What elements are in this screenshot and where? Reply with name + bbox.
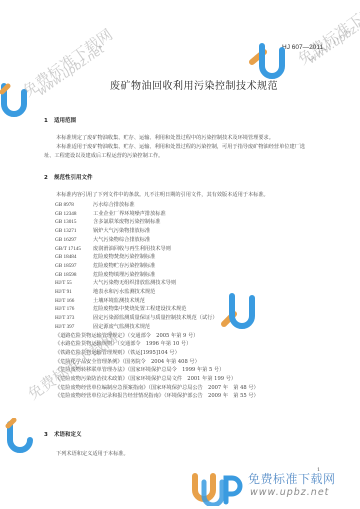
- reference-item: GB 18598危险废物填埋污染控制标准: [55, 271, 259, 280]
- section-1-paragraph-1: 本标准规定了废矿物油收集、贮存、运输、利用和处置过程中的污染控制技术及环境管理要…: [44, 134, 312, 143]
- paragraph-text: 本标准规定了废矿物油收集、贮存、运输、利用和处置过程中的污染控制技术及环境管理要…: [56, 135, 274, 141]
- reference-title: 《道路危险货物运输管理规定》（交通部令 2005 年第 9 号）: [55, 333, 198, 339]
- footer-brand-text: 免费标准下载网: [248, 470, 336, 487]
- reference-item: GB 12348工业企业厂界环境噪声排放标准: [55, 210, 259, 219]
- reference-title: 危险废物贮存污染控制标准: [93, 263, 155, 269]
- reference-title: 污水综合排放标准: [93, 202, 135, 208]
- document-title: 废矿物油回收利用污染控制技术规范: [0, 77, 360, 92]
- reference-item: HJ/T 397固定源废气监测技术规范: [55, 323, 259, 332]
- reference-title: 危险废物集中焚烧处置工程建设技术规范: [93, 306, 186, 312]
- reference-title: 固定源废气监测技术规范: [93, 324, 150, 330]
- reference-title: 锅炉大气污染物排放标准: [93, 228, 150, 234]
- reference-item: GB 18484危险废物焚烧污染控制标准: [55, 253, 259, 262]
- reference-title: 《危险废物污染防治技术政策》（国家环境保护总局文件 2001 年第 199 号）: [55, 376, 236, 382]
- reference-title: 地表水和污水监测技术规范: [93, 289, 155, 295]
- reference-item: GB/T 17145废润滑油回收与再生利用技术导则: [55, 245, 259, 254]
- reference-title: 含多氯联苯废物污染控制标准: [93, 219, 160, 225]
- reference-code: HJ/T 91: [55, 288, 89, 297]
- reference-item: 《铁路危险货物运输管理规则》（铁运[1995]104 号）: [55, 349, 259, 358]
- reference-item: GB 13015含多氯联苯废物污染控制标准: [55, 218, 259, 227]
- reference-item: 《危险废物污染防治技术政策》（国家环境保护总局文件 2001 年第 199 号）: [55, 375, 259, 384]
- reference-code: HJ/T 397: [55, 323, 89, 332]
- reference-title: 土壤环境监测技术规范: [93, 298, 145, 304]
- section-3-paragraph-1: 下列术语和定义适用于本标准。: [44, 450, 312, 459]
- section-title: 适用范围: [54, 118, 76, 124]
- reference-item: GB 16297大气污染物综合排放标准: [55, 236, 259, 245]
- section-number: 2: [44, 175, 54, 181]
- watermark-footer-brand: 免费标准下载网 www.upbz.net: [190, 470, 360, 509]
- reference-item: 《危险废物经营单位记录和报告经营情况指南》（环境保护部公告 2009 年 第 5…: [55, 392, 259, 401]
- reference-title: 固定污染源监测质量保证与质量控制技术规范（试行）: [93, 315, 218, 321]
- reference-title: 《危险废物经营单位编制应急预案指南》（国家环境保护总局公告 2007 年 第 4…: [55, 385, 259, 391]
- watermark-logo-icon: [190, 472, 246, 506]
- reference-code: HJ/T 166: [55, 297, 89, 306]
- reference-item: HJ/T 373固定污染源监测质量保证与质量控制技术规范（试行）: [55, 314, 259, 323]
- reference-item: 《水路危险货物运输规则》（交通部令 1996 年第 10 号）: [55, 340, 259, 349]
- paragraph-text: 本标准适用于废矿物油收集、贮存、运输、利用和处置过程的污染控制，可用于指导废矿物…: [44, 144, 305, 159]
- document-page: HJ 607—2011 废矿物油回收利用污染控制技术规范 1适用范围 本标准规定…: [0, 0, 360, 509]
- reference-item: GB 18597危险废物贮存污染控制标准: [55, 262, 259, 271]
- reference-title: 《危险废物转移联单管理办法》（国家环境保护总局令 1999 年第 5 号）: [55, 367, 224, 373]
- standard-code: HJ 607—2011: [282, 44, 323, 51]
- section-title: 规范性引用文件: [54, 175, 93, 181]
- reference-title: 废润滑油回收与再生利用技术导则: [93, 246, 171, 252]
- section-number: 1: [44, 118, 54, 124]
- reference-code: GB 8978: [55, 201, 89, 210]
- reference-item: HJ/T 176危险废物集中焚烧处置工程建设技术规范: [55, 305, 259, 314]
- section-2-paragraph-1: 本标准内容引用了下列文件中的条款。凡不注明日期的引用文件，其有效版本适用于本标准…: [44, 191, 312, 200]
- section-heading-3: 3术语和定义: [44, 430, 82, 438]
- reference-code: GB 18598: [55, 271, 89, 280]
- reference-item: GB 8978污水综合排放标准: [55, 201, 259, 210]
- reference-code: HJ/T 176: [55, 305, 89, 314]
- paragraph-text: 下列术语和定义适用于本标准。: [56, 451, 129, 457]
- reference-title: 大气污染物综合排放标准: [93, 237, 150, 243]
- reference-code: GB 13271: [55, 227, 89, 236]
- footer-url-text: www.upbz.net: [250, 487, 329, 498]
- reference-title: 危险废物填埋污染控制标准: [93, 272, 155, 278]
- reference-title: 危险废物焚烧污染控制标准: [93, 254, 155, 260]
- reference-code: GB/T 17145: [55, 245, 89, 254]
- section-1-paragraph-2: 本标准适用于废矿物油收集、贮存、运输、利用和处置过程的污染控制，可用于指导废矿物…: [44, 143, 312, 160]
- reference-code: HJ/T 373: [55, 314, 89, 323]
- reference-code: GB 13015: [55, 218, 89, 227]
- section-heading-1: 1适用范围: [44, 116, 76, 124]
- reference-code: GB 18484: [55, 253, 89, 262]
- reference-item: 《危险废物转移联单管理办法》（国家环境保护总局令 1999 年第 5 号）: [55, 366, 259, 375]
- section-number: 3: [44, 432, 54, 438]
- section-heading-2: 2规范性引用文件: [44, 173, 93, 181]
- reference-title: 《危险废物经营单位记录和报告经营情况指南》（环境保护部公告 2009 年 第 5…: [55, 393, 259, 399]
- reference-code: GB 18597: [55, 262, 89, 271]
- reference-title: 工业企业厂界环境噪声排放标准: [93, 211, 166, 217]
- reference-item: 《危险废物经营单位编制应急预案指南》（国家环境保护总局公告 2007 年 第 4…: [55, 384, 259, 393]
- reference-item: HJ/T 55大气污染物无组织排放监测技术导则: [55, 279, 259, 288]
- reference-item: HJ/T 91地表水和污水监测技术规范: [55, 288, 259, 297]
- section-title: 术语和定义: [54, 432, 82, 438]
- reference-code: GB 12348: [55, 210, 89, 219]
- reference-item: HJ/T 166土壤环境监测技术规范: [55, 297, 259, 306]
- reference-title: 大气污染物无组织排放监测技术导则: [93, 280, 176, 286]
- reference-item: 《道路危险货物运输管理规定》（交通部令 2005 年第 9 号）: [55, 332, 259, 341]
- reference-code: HJ/T 55: [55, 279, 89, 288]
- paragraph-text: 本标准内容引用了下列文件中的条款。凡不注明日期的引用文件，其有效版本适用于本标准…: [56, 192, 269, 198]
- normative-references-list: GB 8978污水综合排放标准 GB 12348工业企业厂界环境噪声排放标准 G…: [55, 201, 259, 401]
- reference-item: 《危险化学品安全管理条例》（国务院令 2004 年第 408 号）: [55, 358, 259, 367]
- reference-title: 《铁路危险货物运输管理规则》（铁运[1995]104 号）: [55, 350, 180, 356]
- reference-item: GB 13271锅炉大气污染物排放标准: [55, 227, 259, 236]
- reference-title: 《危险化学品安全管理条例》（国务院令 2004 年第 408 号）: [55, 359, 200, 365]
- reference-title: 《水路危险货物运输规则》（交通部令 1996 年第 10 号）: [55, 341, 191, 347]
- reference-code: GB 16297: [55, 236, 89, 245]
